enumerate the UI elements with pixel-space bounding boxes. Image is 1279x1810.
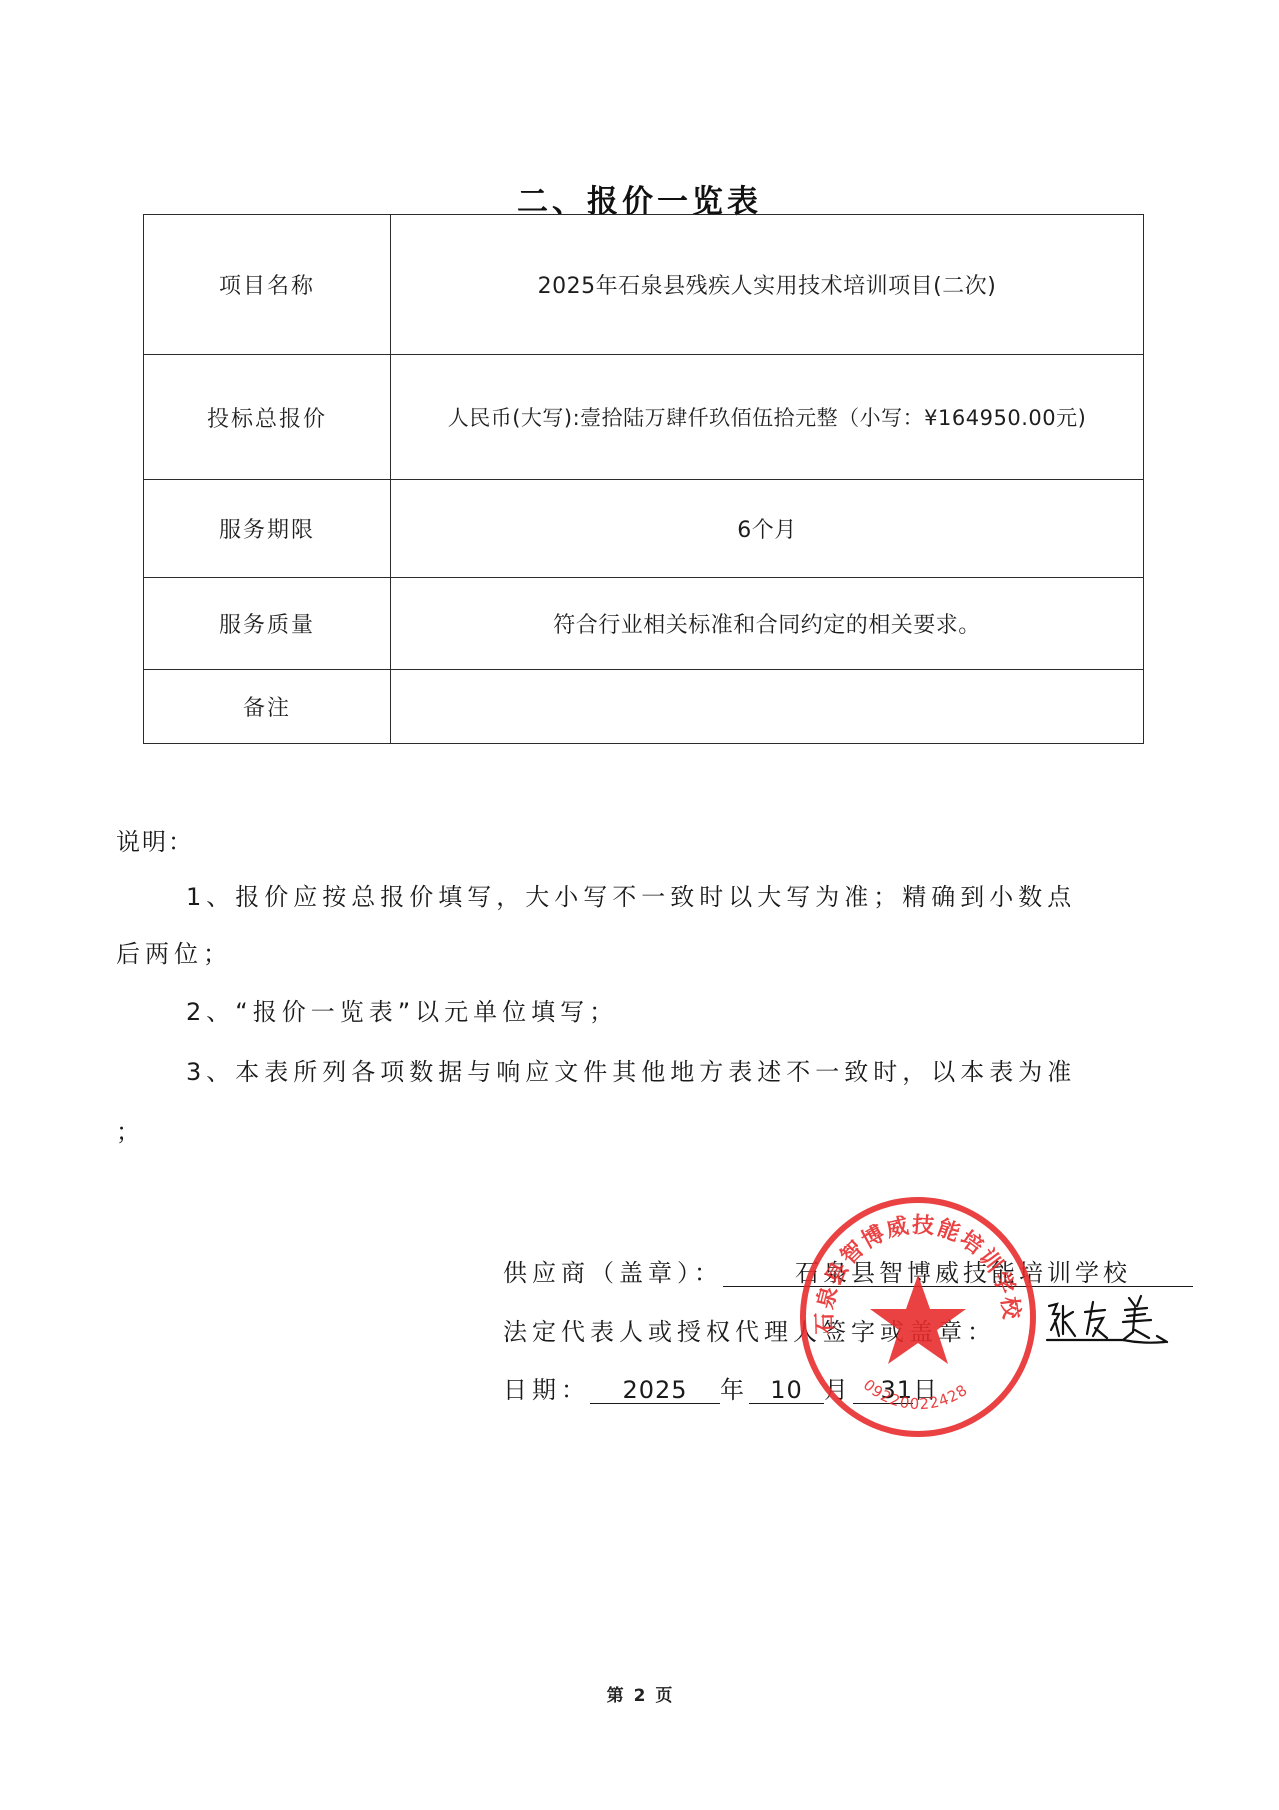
date-line: 日期：2025年10月31日 xyxy=(503,1370,942,1405)
supplier-name: 石泉县智博威技能培训学校 xyxy=(723,1261,1193,1287)
note-item-3: 3、本表所列各项数据与响应文件其他地方表述不一致时，以本表为准 xyxy=(186,1052,1076,1087)
supplier-label: 供应商（盖章）： xyxy=(503,1259,723,1287)
table-value-total-bid: 人民币(大写):壹拾陆万肆仟玖佰伍拾元整（小写：¥164950.00元) xyxy=(391,355,1144,480)
table-label-project-name: 项目名称 xyxy=(144,215,391,355)
note-item-1-continued: 后两位； xyxy=(116,934,232,969)
table-row-service-quality: 服务质量 符合行业相关标准和合同约定的相关要求。 xyxy=(144,578,1144,670)
page-number: 第 2 页 xyxy=(0,1681,1279,1706)
table-row-total-bid: 投标总报价 人民币(大写):壹拾陆万肆仟玖佰伍拾元整（小写：¥164950.00… xyxy=(144,355,1144,480)
date-year-unit: 年 xyxy=(720,1376,749,1404)
date-month-unit: 月 xyxy=(824,1376,853,1404)
table-label-total-bid: 投标总报价 xyxy=(144,355,391,480)
supplier-line: 供应商（盖章）：石泉县智博威技能培训学校 xyxy=(503,1253,1193,1288)
table-row-service-period: 服务期限 6个月 xyxy=(144,480,1144,578)
date-year: 2025 xyxy=(590,1378,720,1404)
date-month: 10 xyxy=(749,1378,824,1404)
note-item-2: 2、“报价一览表”以元单位填写； xyxy=(186,992,618,1027)
note-item-1: 1、报价应按总报价填写，大小写不一致时以大写为准；精确到小数点 xyxy=(186,877,1076,912)
representative-label: 法定代表人或授权代理人签字或盖章： xyxy=(503,1312,996,1347)
signature-scribble-icon xyxy=(1043,1292,1173,1348)
table-label-service-quality: 服务质量 xyxy=(144,578,391,670)
quote-summary-table: 项目名称 2025年石泉县残疾人实用技术培训项目(二次) 投标总报价 人民币(大… xyxy=(143,214,1144,744)
date-day-unit: 日 xyxy=(913,1376,942,1404)
table-label-remarks: 备注 xyxy=(144,670,391,744)
table-row-remarks: 备注 xyxy=(144,670,1144,744)
date-label: 日期： xyxy=(503,1376,590,1404)
table-value-remarks xyxy=(391,670,1144,744)
table-row-project-name: 项目名称 2025年石泉县残疾人实用技术培训项目(二次) xyxy=(144,215,1144,355)
handwritten-signature xyxy=(1043,1292,1173,1348)
note-item-3-continued: ； xyxy=(116,1112,145,1147)
date-day: 31 xyxy=(853,1378,913,1404)
notes-heading: 说明： xyxy=(116,822,194,857)
table-label-service-period: 服务期限 xyxy=(144,480,391,578)
table-value-service-quality: 符合行业相关标准和合同约定的相关要求。 xyxy=(391,578,1144,670)
table-value-service-period: 6个月 xyxy=(391,480,1144,578)
table-value-project-name: 2025年石泉县残疾人实用技术培训项目(二次) xyxy=(391,215,1144,355)
